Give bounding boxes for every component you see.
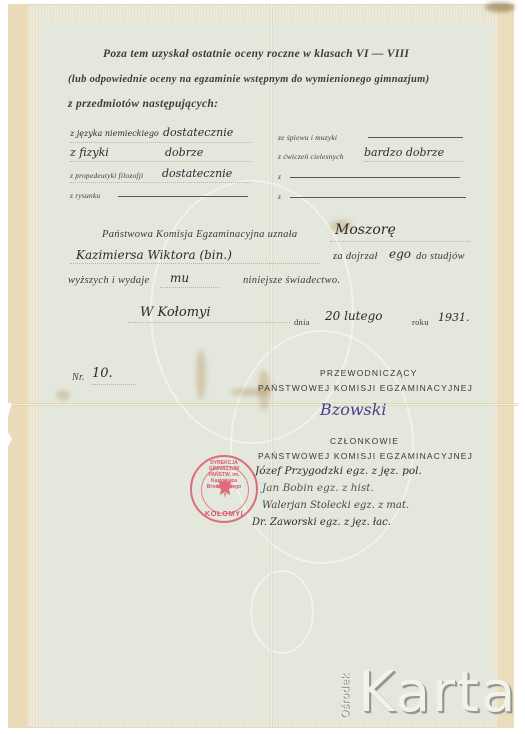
paper-right-margin	[498, 4, 514, 728]
grade-subject-label: z	[278, 172, 281, 181]
date-year: 1931.	[438, 311, 470, 324]
pronoun: mu	[170, 271, 189, 285]
grade-subject-label: z	[278, 192, 281, 201]
grade-subject-label: z języka niemieckiego	[70, 129, 159, 138]
chairman-signature: Bzowski	[320, 400, 387, 419]
grade-line	[70, 182, 252, 183]
verdict-line3-suffix: niniejsze świadectwo.	[243, 275, 340, 286]
grade-blank-line	[118, 196, 248, 197]
grade-line	[364, 161, 464, 162]
grade-subject-label: z ćwiczeń cielesnych	[278, 152, 344, 161]
place: W Kołomyi	[140, 305, 211, 320]
certificate-number: 10.	[92, 366, 113, 381]
gender-suffix: ego	[389, 247, 411, 261]
ornament-watermark	[230, 330, 414, 564]
verdict-after: do studjów	[416, 251, 465, 262]
stain	[485, 2, 515, 12]
member-signature: Jan Bobin egz. z hist.	[262, 482, 374, 494]
members-subtitle: PAŃSTWOWEJ KOMISJI EGZAMINACYJNEJ	[258, 451, 473, 461]
grade-blank-line	[290, 197, 466, 198]
ornament-watermark	[250, 570, 314, 654]
number-line	[92, 384, 136, 385]
grade-value: bardzo dobrze	[364, 146, 444, 159]
verdict-line3-prefix: wyższych i wydaje	[68, 275, 150, 286]
chairman-title: PRZEWODNICZĄCY	[320, 368, 418, 378]
verdict-middle: za dojrzał	[333, 251, 378, 262]
verdict-line	[160, 287, 220, 288]
eagle-emblem-icon	[215, 477, 235, 499]
grade-value: dostatecznie	[162, 167, 232, 180]
candidate-surname: Moszorę	[335, 222, 396, 238]
grade-line	[70, 142, 252, 143]
intro-line-3: z przedmiotów następujących:	[68, 98, 218, 110]
grade-line	[70, 161, 252, 162]
stamp-text-bottom: KOŁOMYI	[192, 509, 256, 518]
stain	[56, 390, 70, 400]
watermark-side-text: Ośrodek	[338, 674, 351, 720]
verdict-line	[70, 263, 320, 264]
member-signature: Józef Przygodzki egz. z jęz. pol.	[255, 465, 422, 477]
paper-left-margin	[8, 4, 28, 728]
verdict-line	[330, 241, 470, 242]
members-title: CZŁONKOWIE	[330, 436, 399, 446]
watermark-main-text: Karta	[358, 660, 517, 725]
stain	[196, 350, 206, 400]
grade-subject-label: z rysunku	[70, 191, 100, 200]
year-label: roku	[412, 317, 429, 327]
verdict-prefix: Państwowa Komisja Egzaminacyjna uznała	[102, 229, 297, 240]
intro-line-1: Poza tem uzyskał ostatnie oceny roczne w…	[103, 48, 409, 60]
karta-watermark: Ośrodek Karta	[338, 668, 524, 730]
day-label: dnia	[294, 317, 310, 327]
official-stamp: DYREKCJA GIMNAZJUM PAŃSTW. im. Kazimierz…	[190, 455, 258, 523]
place-line	[128, 322, 290, 323]
grade-subject-label: z fizyki	[70, 146, 109, 159]
member-signature: Walerjan Stolecki egz. z mat.	[262, 500, 409, 511]
vertical-fold	[270, 4, 273, 728]
grade-value: dostatecznie	[163, 126, 233, 139]
grade-blank-line	[290, 177, 460, 178]
number-label: Nr.	[72, 372, 85, 383]
grade-subject-label: z propedeutyki filozofji	[70, 171, 143, 180]
grade-value: dobrze	[165, 146, 203, 159]
member-signature: Dr. Zaworski egz. z jęz. łac.	[252, 517, 391, 528]
date-day: 20 lutego	[325, 309, 382, 323]
intro-line-2: (lub odpowiednie oceny na egzaminie wstę…	[68, 74, 429, 85]
candidate-given-names: Kazimiersa Wiktora (bin.)	[76, 248, 232, 262]
grade-blank-line	[368, 137, 463, 138]
chairman-subtitle: PAŃSTWOWEJ KOMISJI EGZAMINACYJNEJ	[258, 383, 473, 393]
grade-subject-label: ze śpiewu i muzyki	[278, 133, 337, 142]
